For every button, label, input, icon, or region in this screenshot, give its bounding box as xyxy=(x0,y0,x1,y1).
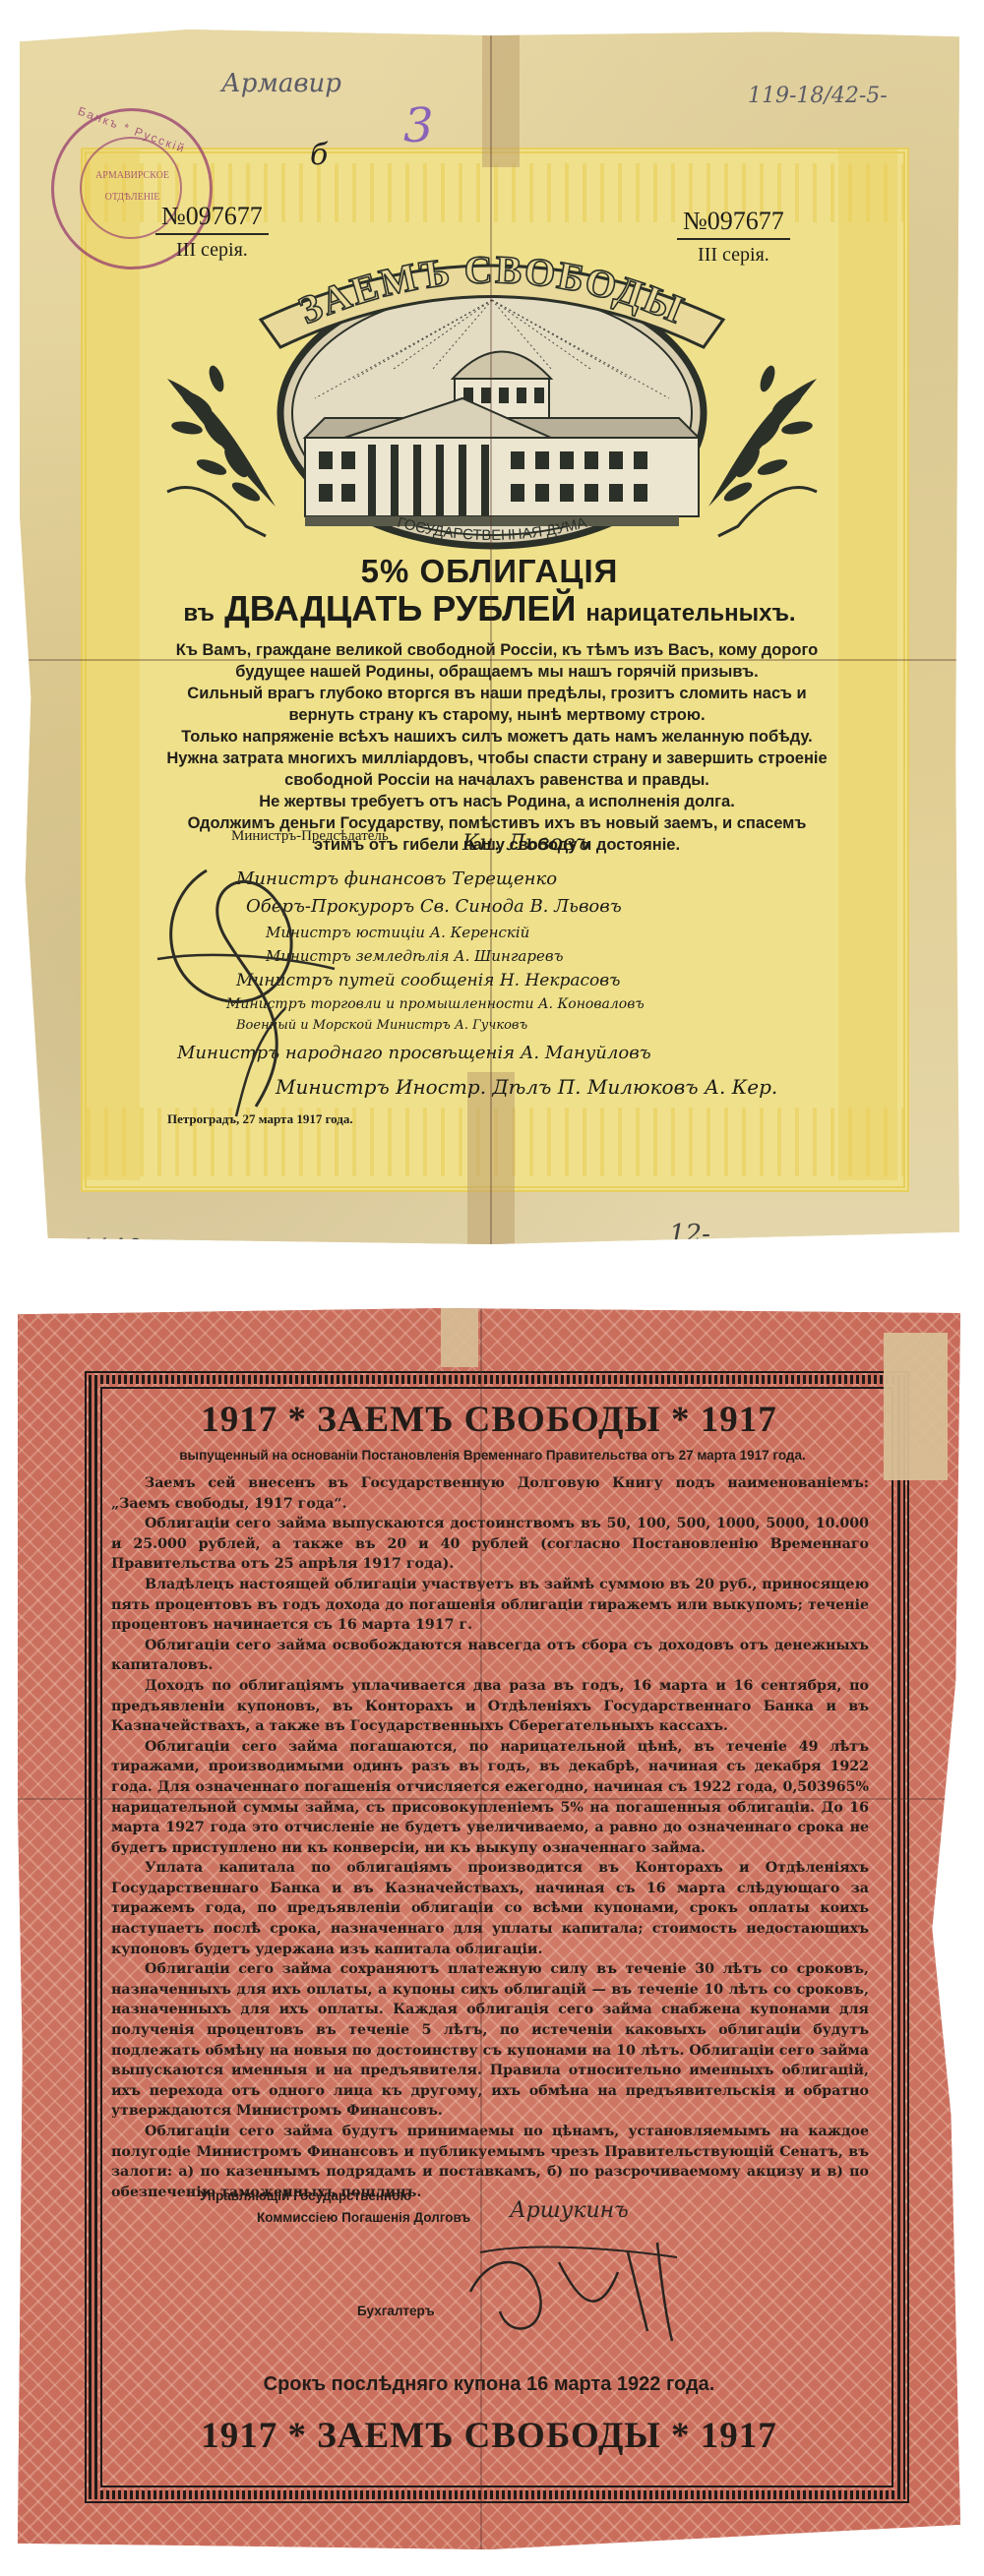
tape-top xyxy=(441,1308,478,1367)
handwritten-reference: 119-18/42-5- xyxy=(748,84,888,108)
appeal-line: будущее нашей Родины, обращаемъ мы нашъ … xyxy=(157,661,836,683)
accountant-label: Бухгалтеръ xyxy=(357,2304,435,2318)
denomination-prefix: въ xyxy=(183,600,215,627)
signatory-line-1: Управляющій Государственною xyxy=(200,2188,411,2203)
appeal-line: Нужна затрата многихъ милліардовъ, чтобы… xyxy=(157,748,836,769)
appeal-line: вернуть страну къ старому, нынѣ мертвому… xyxy=(157,704,836,726)
serial-number: №097677 xyxy=(155,202,269,235)
signatory-line-2: Коммиссіею Погашенія Долговъ xyxy=(257,2210,470,2225)
accountant-signature xyxy=(451,2233,707,2351)
handwritten-mark: б xyxy=(310,138,328,172)
terms-paragraph: Владѣлецъ настоящей облигаціи участвуетъ… xyxy=(111,1575,869,1636)
back-subtitle: выпущенный на основаніи Постановленія Вр… xyxy=(111,1448,874,1463)
bond-front: Армавир 3 б 119-18/42-5- Банкъ * Русскій… xyxy=(20,30,959,1244)
back-heading-top: 1917 * ЗАЕМЪ СВОБОДЫ * 1917 xyxy=(18,1399,960,1441)
signatory-signature: Аршукинъ xyxy=(510,2198,629,2223)
large-flourish-signature xyxy=(138,811,394,1136)
laurel-left-icon xyxy=(167,364,276,507)
terms-paragraph: Облигаціи сего займа сохраняютъ платежну… xyxy=(111,1959,869,2122)
denomination-suffix: нарицательныхъ. xyxy=(585,600,795,627)
fold-line xyxy=(490,30,492,1244)
bond-back: 1917 * ЗАЕМЪ СВОБОДЫ * 1917 выпущенный н… xyxy=(18,1308,960,2549)
appeal-line: Только напряженіе всѣхъ нашихъ силъ може… xyxy=(157,726,836,748)
terms-paragraph: Облигаціи сего займа освобождаются навсе… xyxy=(111,1636,869,1676)
appeal-line: Къ Вамъ, граждане великой свободной Росс… xyxy=(157,639,836,661)
appeal-line: Сильный врагъ глубоко вторгся въ наши пр… xyxy=(157,683,836,704)
duma-emblem: ЗАЕМЪ СВОБОДЫ ГОСУДАРСТВЕННАЯ ДУМА xyxy=(157,231,827,556)
terms-text: Заемъ сей внесенъ въ Государственную Дол… xyxy=(111,1473,869,2202)
terms-paragraph: Уплата капитала по облигаціямъ производи… xyxy=(111,1858,869,1959)
terms-paragraph: Облигаціи сего займа выпускаются достоин… xyxy=(111,1514,869,1575)
right-guilloche-band xyxy=(838,148,897,1180)
denomination-main: ДВАДЦАТЬ РУБЛЕЙ xyxy=(224,588,576,629)
handwritten-violet-mark: 3 xyxy=(403,98,434,153)
left-guilloche-band xyxy=(81,148,140,1180)
appeal-line: свободной Россіи на началахъ равенства и… xyxy=(157,769,836,791)
handwritten-city: Армавир xyxy=(221,69,341,98)
issue-date: Петроградъ, 27 марта 1917 года. xyxy=(167,1111,353,1127)
tape-top xyxy=(482,30,520,167)
ministers-signatures: Кн. Львовъ Министръ финансовъ Терещенко … xyxy=(177,831,807,1156)
fold-line xyxy=(18,1798,960,1800)
laurel-right-icon xyxy=(708,364,817,507)
last-coupon-date: Срокъ послѣдняго купона 16 марта 1922 го… xyxy=(18,2373,960,2396)
fold-line xyxy=(480,1308,482,2549)
signature: Кн. Львовъ xyxy=(462,831,589,856)
stamp-line-1: АРМАВИРСКОЕ xyxy=(76,170,189,181)
terms-paragraph: Доходъ по облигаціямъ уплачивается два р… xyxy=(111,1676,869,1737)
back-heading-bottom: 1917 * ЗАЕМЪ СВОБОДЫ * 1917 xyxy=(18,2415,960,2457)
terms-paragraph: Заемъ сей внесенъ въ Государственную Дол… xyxy=(111,1473,869,1514)
handwritten-number-right: 12- xyxy=(669,1220,710,1249)
appeal-line: Не жертвы требуетъ отъ насъ Родина, а ис… xyxy=(157,791,836,812)
handwritten-number-left: 4440 xyxy=(77,1234,142,1264)
